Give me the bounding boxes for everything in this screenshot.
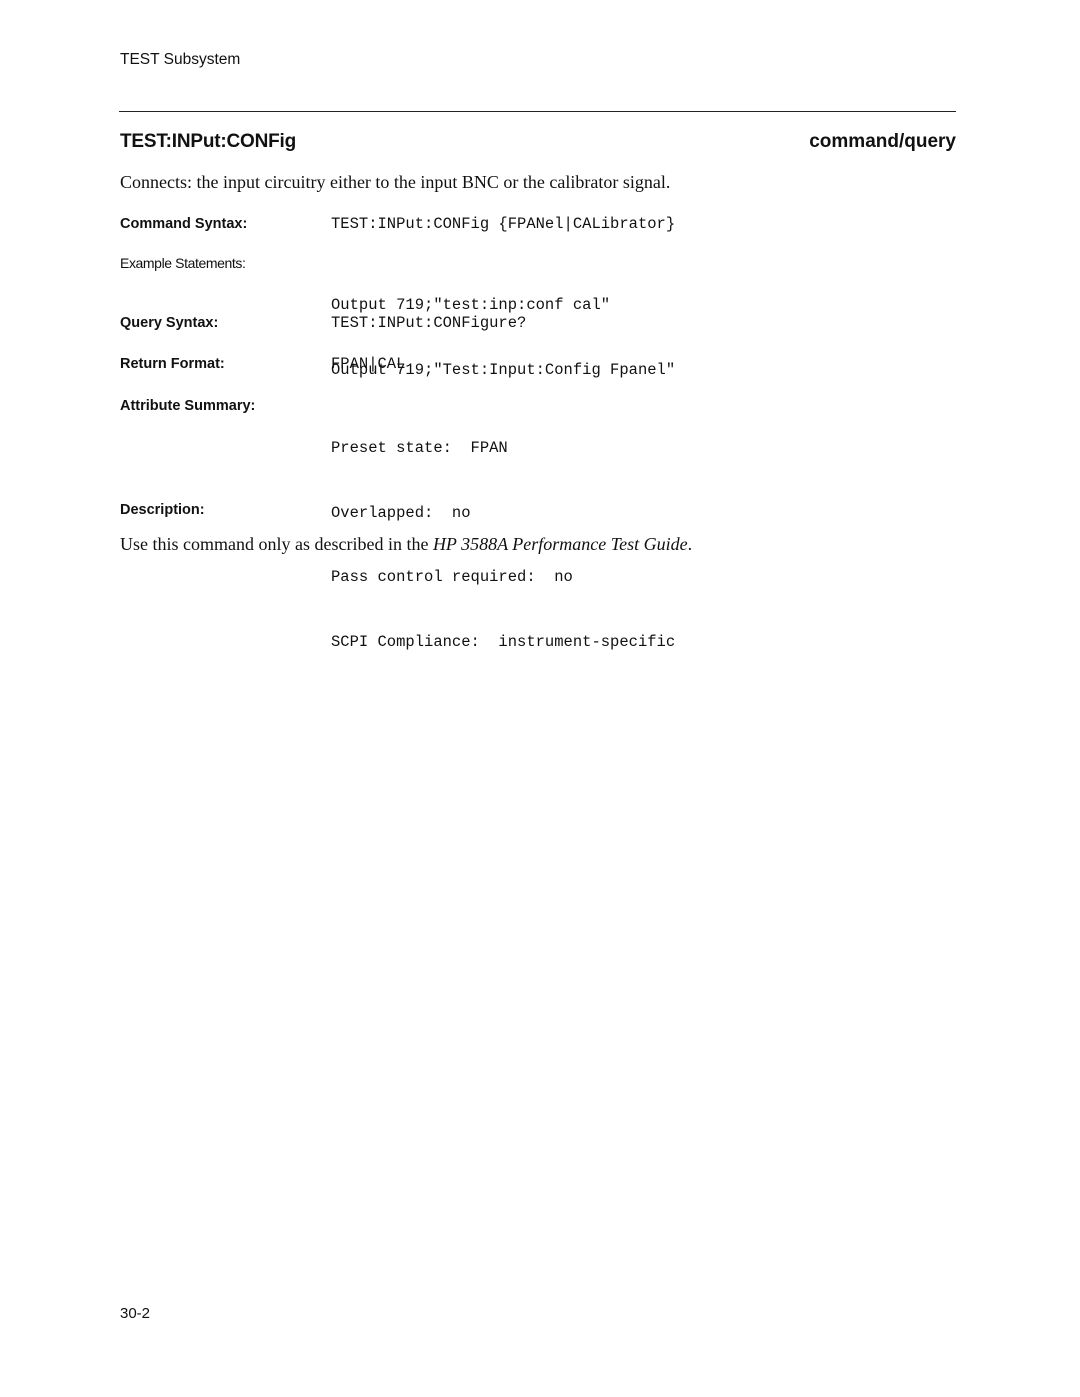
command-intro: Connects: the input circuitry either to … xyxy=(120,172,670,193)
guide-title: HP 3588A Performance Test Guide xyxy=(433,534,688,554)
example-statements-label: Example Statements: xyxy=(120,255,245,271)
attribute-overlapped: Overlapped: no xyxy=(331,503,675,525)
attribute-scpi-compliance: SCPI Compliance: instrument-specific xyxy=(331,632,675,654)
return-format-value: FPAN|CAL xyxy=(331,354,405,376)
description-text-start: Use this command only as described in th… xyxy=(120,534,433,554)
command-syntax-value: TEST:INPut:CONFig {FPANel|CALibrator} xyxy=(331,214,675,236)
attribute-preset-state: Preset state: FPAN xyxy=(331,438,675,460)
command-syntax-label: Command Syntax: xyxy=(120,216,247,232)
query-syntax-value: TEST:INPut:CONFigure? xyxy=(331,313,526,335)
running-head: TEST Subsystem xyxy=(120,51,240,69)
description-text-end: . xyxy=(688,534,693,554)
page-number: 30-2 xyxy=(120,1305,150,1322)
return-format-label: Return Format: xyxy=(120,356,225,372)
attribute-summary-label: Attribute Summary: xyxy=(120,398,255,414)
command-type: command/query xyxy=(809,131,956,153)
command-title: TEST:INPut:CONFig xyxy=(120,131,296,153)
attribute-pass-control: Pass control required: no xyxy=(331,567,675,589)
description-text: Use this command only as described in th… xyxy=(120,534,692,555)
header-rule xyxy=(119,111,956,112)
description-label: Description: xyxy=(120,502,205,518)
query-syntax-label: Query Syntax: xyxy=(120,315,218,331)
